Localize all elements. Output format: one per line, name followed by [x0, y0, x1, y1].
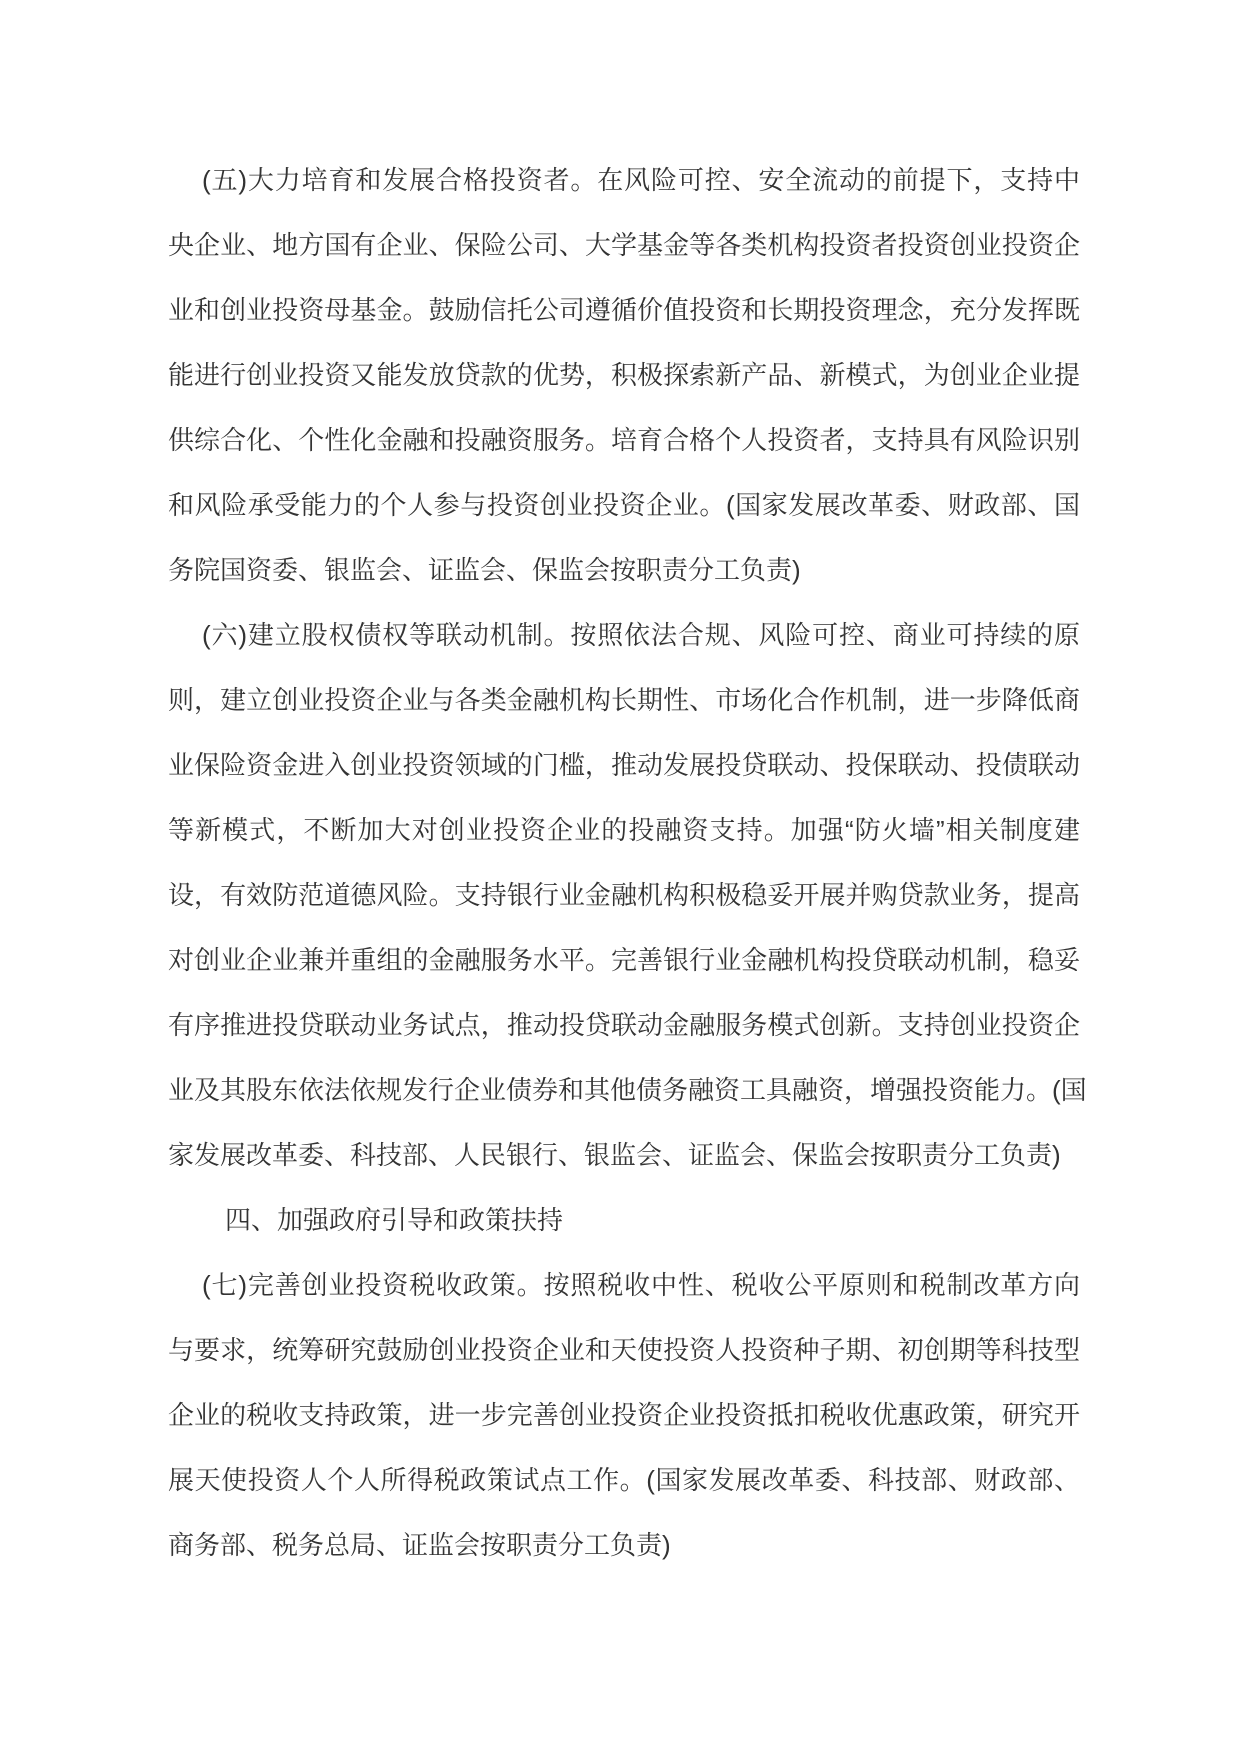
- text-line: 与要求，统筹研究鼓励创业投资企业和天使投资人投资种子期、初创期等科技型: [168, 1318, 1080, 1383]
- section-heading-4: 四、加强政府引导和政策扶持: [168, 1188, 1080, 1253]
- text-line: 四、加强政府引导和政策扶持: [168, 1188, 1080, 1253]
- text-line: 对创业企业兼并重组的金融服务水平。完善银行业金融机构投贷联动机制，稳妥: [168, 928, 1080, 993]
- text-line: 央企业、地方国有企业、保险公司、大学基金等各类机构投资者投资创业投资企: [168, 213, 1080, 278]
- document-body: (五)大力培育和发展合格投资者。在风险可控、安全流动的前提下，支持中央企业、地方…: [168, 148, 1080, 1578]
- text-line: 能进行创业投资又能发放贷款的优势，积极探索新产品、新模式，为创业企业提: [168, 343, 1080, 408]
- text-line: 则，建立创业投资企业与各类金融机构长期性、市场化合作机制，进一步降低商: [168, 668, 1080, 733]
- text-line: 企业的税收支持政策，进一步完善创业投资企业投资抵扣税收优惠政策，研究开: [168, 1383, 1080, 1448]
- paragraph-item-6: (六)建立股权债权等联动机制。按照依法合规、风险可控、商业可持续的原则，建立创业…: [168, 603, 1080, 1188]
- text-line: (六)建立股权债权等联动机制。按照依法合规、风险可控、商业可持续的原: [168, 603, 1080, 668]
- text-line: 设，有效防范道德风险。支持银行业金融机构积极稳妥开展并购贷款业务，提高: [168, 863, 1080, 928]
- text-line: 业和创业投资母基金。鼓励信托公司遵循价值投资和长期投资理念，充分发挥既: [168, 278, 1080, 343]
- text-line: 有序推进投贷联动业务试点，推动投贷联动金融服务模式创新。支持创业投资企: [168, 993, 1080, 1058]
- text-line: 和风险承受能力的个人参与投资创业投资企业。(国家发展改革委、财政部、国: [168, 473, 1080, 538]
- text-line: 商务部、税务总局、证监会按职责分工负责): [168, 1513, 1080, 1578]
- paragraph-item-7: (七)完善创业投资税收政策。按照税收中性、税收公平原则和税制改革方向与要求，统筹…: [168, 1253, 1080, 1578]
- text-line: (五)大力培育和发展合格投资者。在风险可控、安全流动的前提下，支持中: [168, 148, 1080, 213]
- document-page: (五)大力培育和发展合格投资者。在风险可控、安全流动的前提下，支持中央企业、地方…: [0, 0, 1241, 1754]
- text-line: 业及其股东依法依规发行企业债券和其他债务融资工具融资，增强投资能力。(国: [168, 1058, 1080, 1123]
- text-line: 业保险资金进入创业投资领域的门槛，推动发展投贷联动、投保联动、投债联动: [168, 733, 1080, 798]
- text-line: 等新模式，不断加大对创业投资企业的投融资支持。加强“防火墙”相关制度建: [168, 798, 1080, 863]
- text-line: 供综合化、个性化金融和投融资服务。培育合格个人投资者，支持具有风险识别: [168, 408, 1080, 473]
- paragraph-item-5: (五)大力培育和发展合格投资者。在风险可控、安全流动的前提下，支持中央企业、地方…: [168, 148, 1080, 603]
- text-line: 家发展改革委、科技部、人民银行、银监会、证监会、保监会按职责分工负责): [168, 1123, 1080, 1188]
- text-line: 展天使投资人个人所得税政策试点工作。(国家发展改革委、科技部、财政部、: [168, 1448, 1080, 1513]
- text-line: 务院国资委、银监会、证监会、保监会按职责分工负责): [168, 538, 1080, 603]
- text-line: (七)完善创业投资税收政策。按照税收中性、税收公平原则和税制改革方向: [168, 1253, 1080, 1318]
